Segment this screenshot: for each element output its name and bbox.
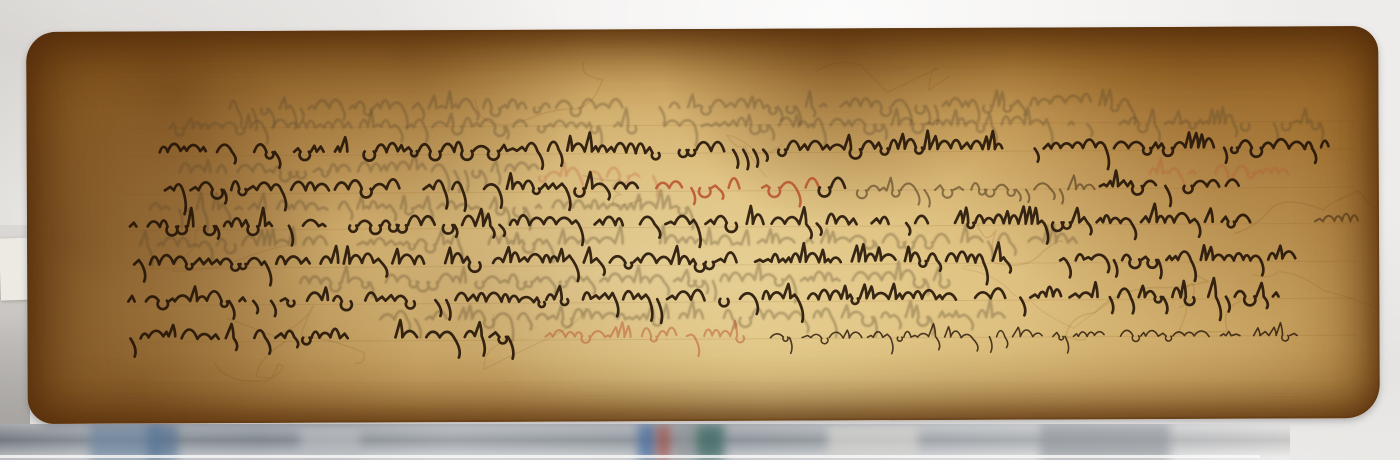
reflection-patch <box>300 424 360 460</box>
reflection-patch <box>674 424 696 460</box>
reflection-patch <box>1040 424 1170 460</box>
reflection-patch <box>696 424 724 460</box>
reflection-patch <box>148 424 178 460</box>
reflection-patch <box>638 424 656 460</box>
reflection-patch <box>656 424 672 460</box>
parchment-edge-vignette <box>26 26 1380 424</box>
reflection-patch <box>828 424 918 460</box>
manuscript-photo <box>0 0 1400 460</box>
manuscript-leaf <box>26 26 1380 424</box>
glass-reflection-strip <box>0 424 1290 460</box>
